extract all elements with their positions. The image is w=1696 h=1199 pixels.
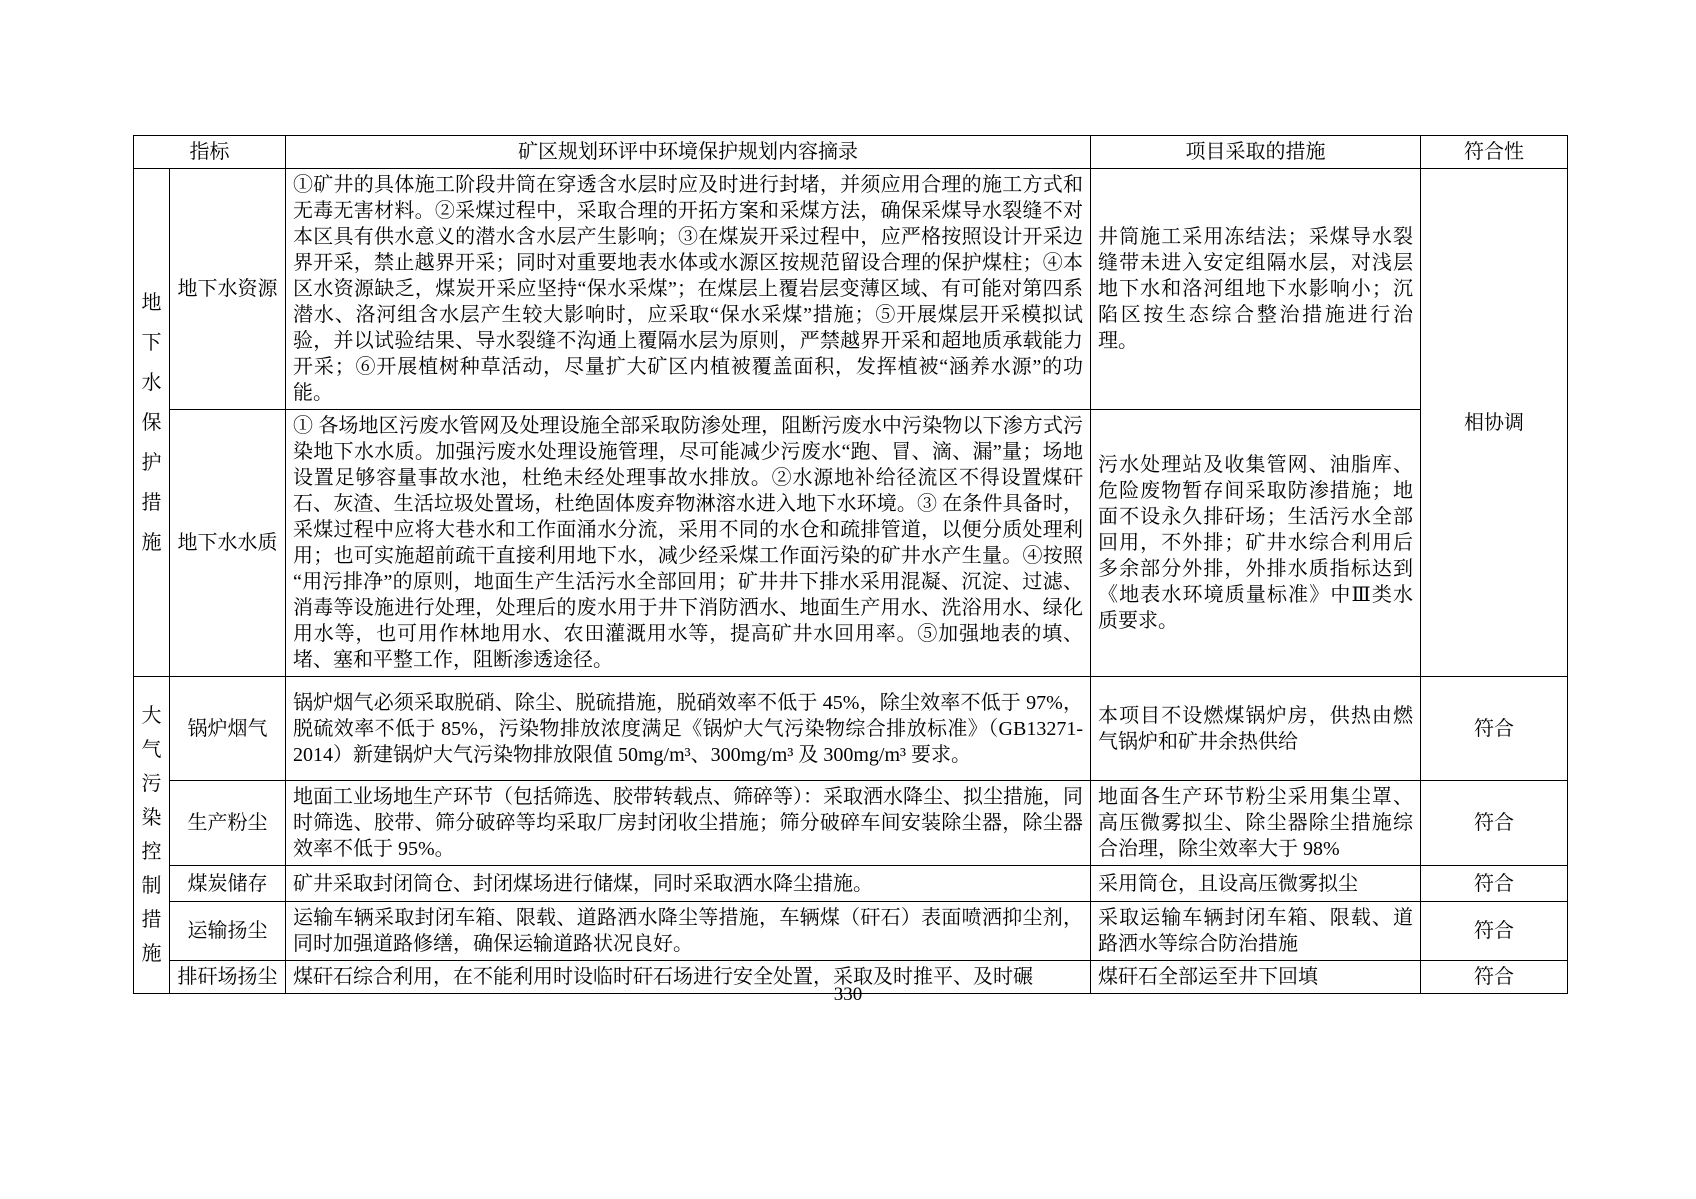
compliance-transport-dust: 符合 (1421, 902, 1568, 961)
indicator-groundwater-quality: 地下水水质 (170, 410, 286, 677)
measures-groundwater-resources: 井筒施工采用冻结法；采煤导水裂缝带未进入安定组隔水层，对浅层地下水和洛河组地下水… (1091, 169, 1421, 410)
measures-transport-dust: 采取运输车辆封闭车箱、限载、道路洒水等综合防治措施 (1091, 902, 1421, 961)
indicator-coal-storage: 煤炭储存 (170, 866, 286, 902)
excerpt-groundwater-quality: ① 各场地区污废水管网及处理设施全部采取防渗处理，阻断污废水中污染物以下渗方式污… (286, 410, 1091, 677)
page-number: 330 (0, 984, 1696, 1006)
excerpt-transport-dust: 运输车辆采取封闭车箱、限载、道路洒水降尘等措施，车辆煤（矸石）表面喷洒抑尘剂，同… (286, 902, 1091, 961)
table-header-row: 指标 矿区规划环评中环境保护规划内容摘录 项目采取的措施 符合性 (134, 136, 1568, 169)
measures-coal-storage: 采用筒仓，且设高压微雾拟尘 (1091, 866, 1421, 902)
excerpt-production-dust: 地面工业场地生产环节（包括筛选、胶带转载点、筛碎等）：采取洒水降尘、拟尘措施，同… (286, 781, 1091, 866)
excerpt-boiler-flue-gas: 锅炉烟气必须采取脱硝、除尘、脱硫措施，脱硝效率不低于 45%，除尘效率不低于 9… (286, 677, 1091, 781)
table-row: 大气污染控制措施 锅炉烟气 锅炉烟气必须采取脱硝、除尘、脱硫措施，脱硝效率不低于… (134, 677, 1568, 781)
table-row: 运输扬尘 运输车辆采取封闭车箱、限载、道路洒水降尘等措施，车辆煤（矸石）表面喷洒… (134, 902, 1568, 961)
category-air-pollution: 大气污染控制措施 (134, 677, 170, 994)
compliance-table: 指标 矿区规划环评中环境保护规划内容摘录 项目采取的措施 符合性 地下水保护措施… (133, 135, 1568, 994)
excerpt-coal-storage: 矿井采取封闭筒仓、封闭煤场进行储煤，同时采取洒水降尘措施。 (286, 866, 1091, 902)
indicator-boiler-flue-gas: 锅炉烟气 (170, 677, 286, 781)
excerpt-groundwater-resources: ①矿井的具体施工阶段井筒在穿透含水层时应及时进行封堵，并须应用合理的施工方式和无… (286, 169, 1091, 410)
document-page: 指标 矿区规划环评中环境保护规划内容摘录 项目采取的措施 符合性 地下水保护措施… (0, 0, 1696, 1199)
indicator-production-dust: 生产粉尘 (170, 781, 286, 866)
measures-groundwater-quality: 污水处理站及收集管网、油脂库、危险废物暂存间采取防渗措施；地面不设永久排矸场；生… (1091, 410, 1421, 677)
compliance-boiler-flue-gas: 符合 (1421, 677, 1568, 781)
compliance-coal-storage: 符合 (1421, 866, 1568, 902)
category-groundwater: 地下水保护措施 (134, 169, 170, 677)
indicator-transport-dust: 运输扬尘 (170, 902, 286, 961)
measures-boiler-flue-gas: 本项目不设燃煤锅炉房，供热由燃气锅炉和矿井余热供给 (1091, 677, 1421, 781)
table-row: 地下水保护措施 地下水资源 ①矿井的具体施工阶段井筒在穿透含水层时应及时进行封堵… (134, 169, 1568, 410)
table-row: 生产粉尘 地面工业场地生产环节（包括筛选、胶带转载点、筛碎等）：采取洒水降尘、拟… (134, 781, 1568, 866)
header-measures: 项目采取的措施 (1091, 136, 1421, 169)
compliance-groundwater: 相协调 (1421, 169, 1568, 677)
header-excerpt: 矿区规划环评中环境保护规划内容摘录 (286, 136, 1091, 169)
header-indicator: 指标 (134, 136, 286, 169)
table-row: 地下水水质 ① 各场地区污废水管网及处理设施全部采取防渗处理，阻断污废水中污染物… (134, 410, 1568, 677)
indicator-groundwater-resources: 地下水资源 (170, 169, 286, 410)
compliance-production-dust: 符合 (1421, 781, 1568, 866)
header-compliance: 符合性 (1421, 136, 1568, 169)
measures-production-dust: 地面各生产环节粉尘采用集尘罩、高压微雾拟尘、除尘器除尘措施综合治理，除尘效率大于… (1091, 781, 1421, 866)
table-row: 煤炭储存 矿井采取封闭筒仓、封闭煤场进行储煤，同时采取洒水降尘措施。 采用筒仓，… (134, 866, 1568, 902)
